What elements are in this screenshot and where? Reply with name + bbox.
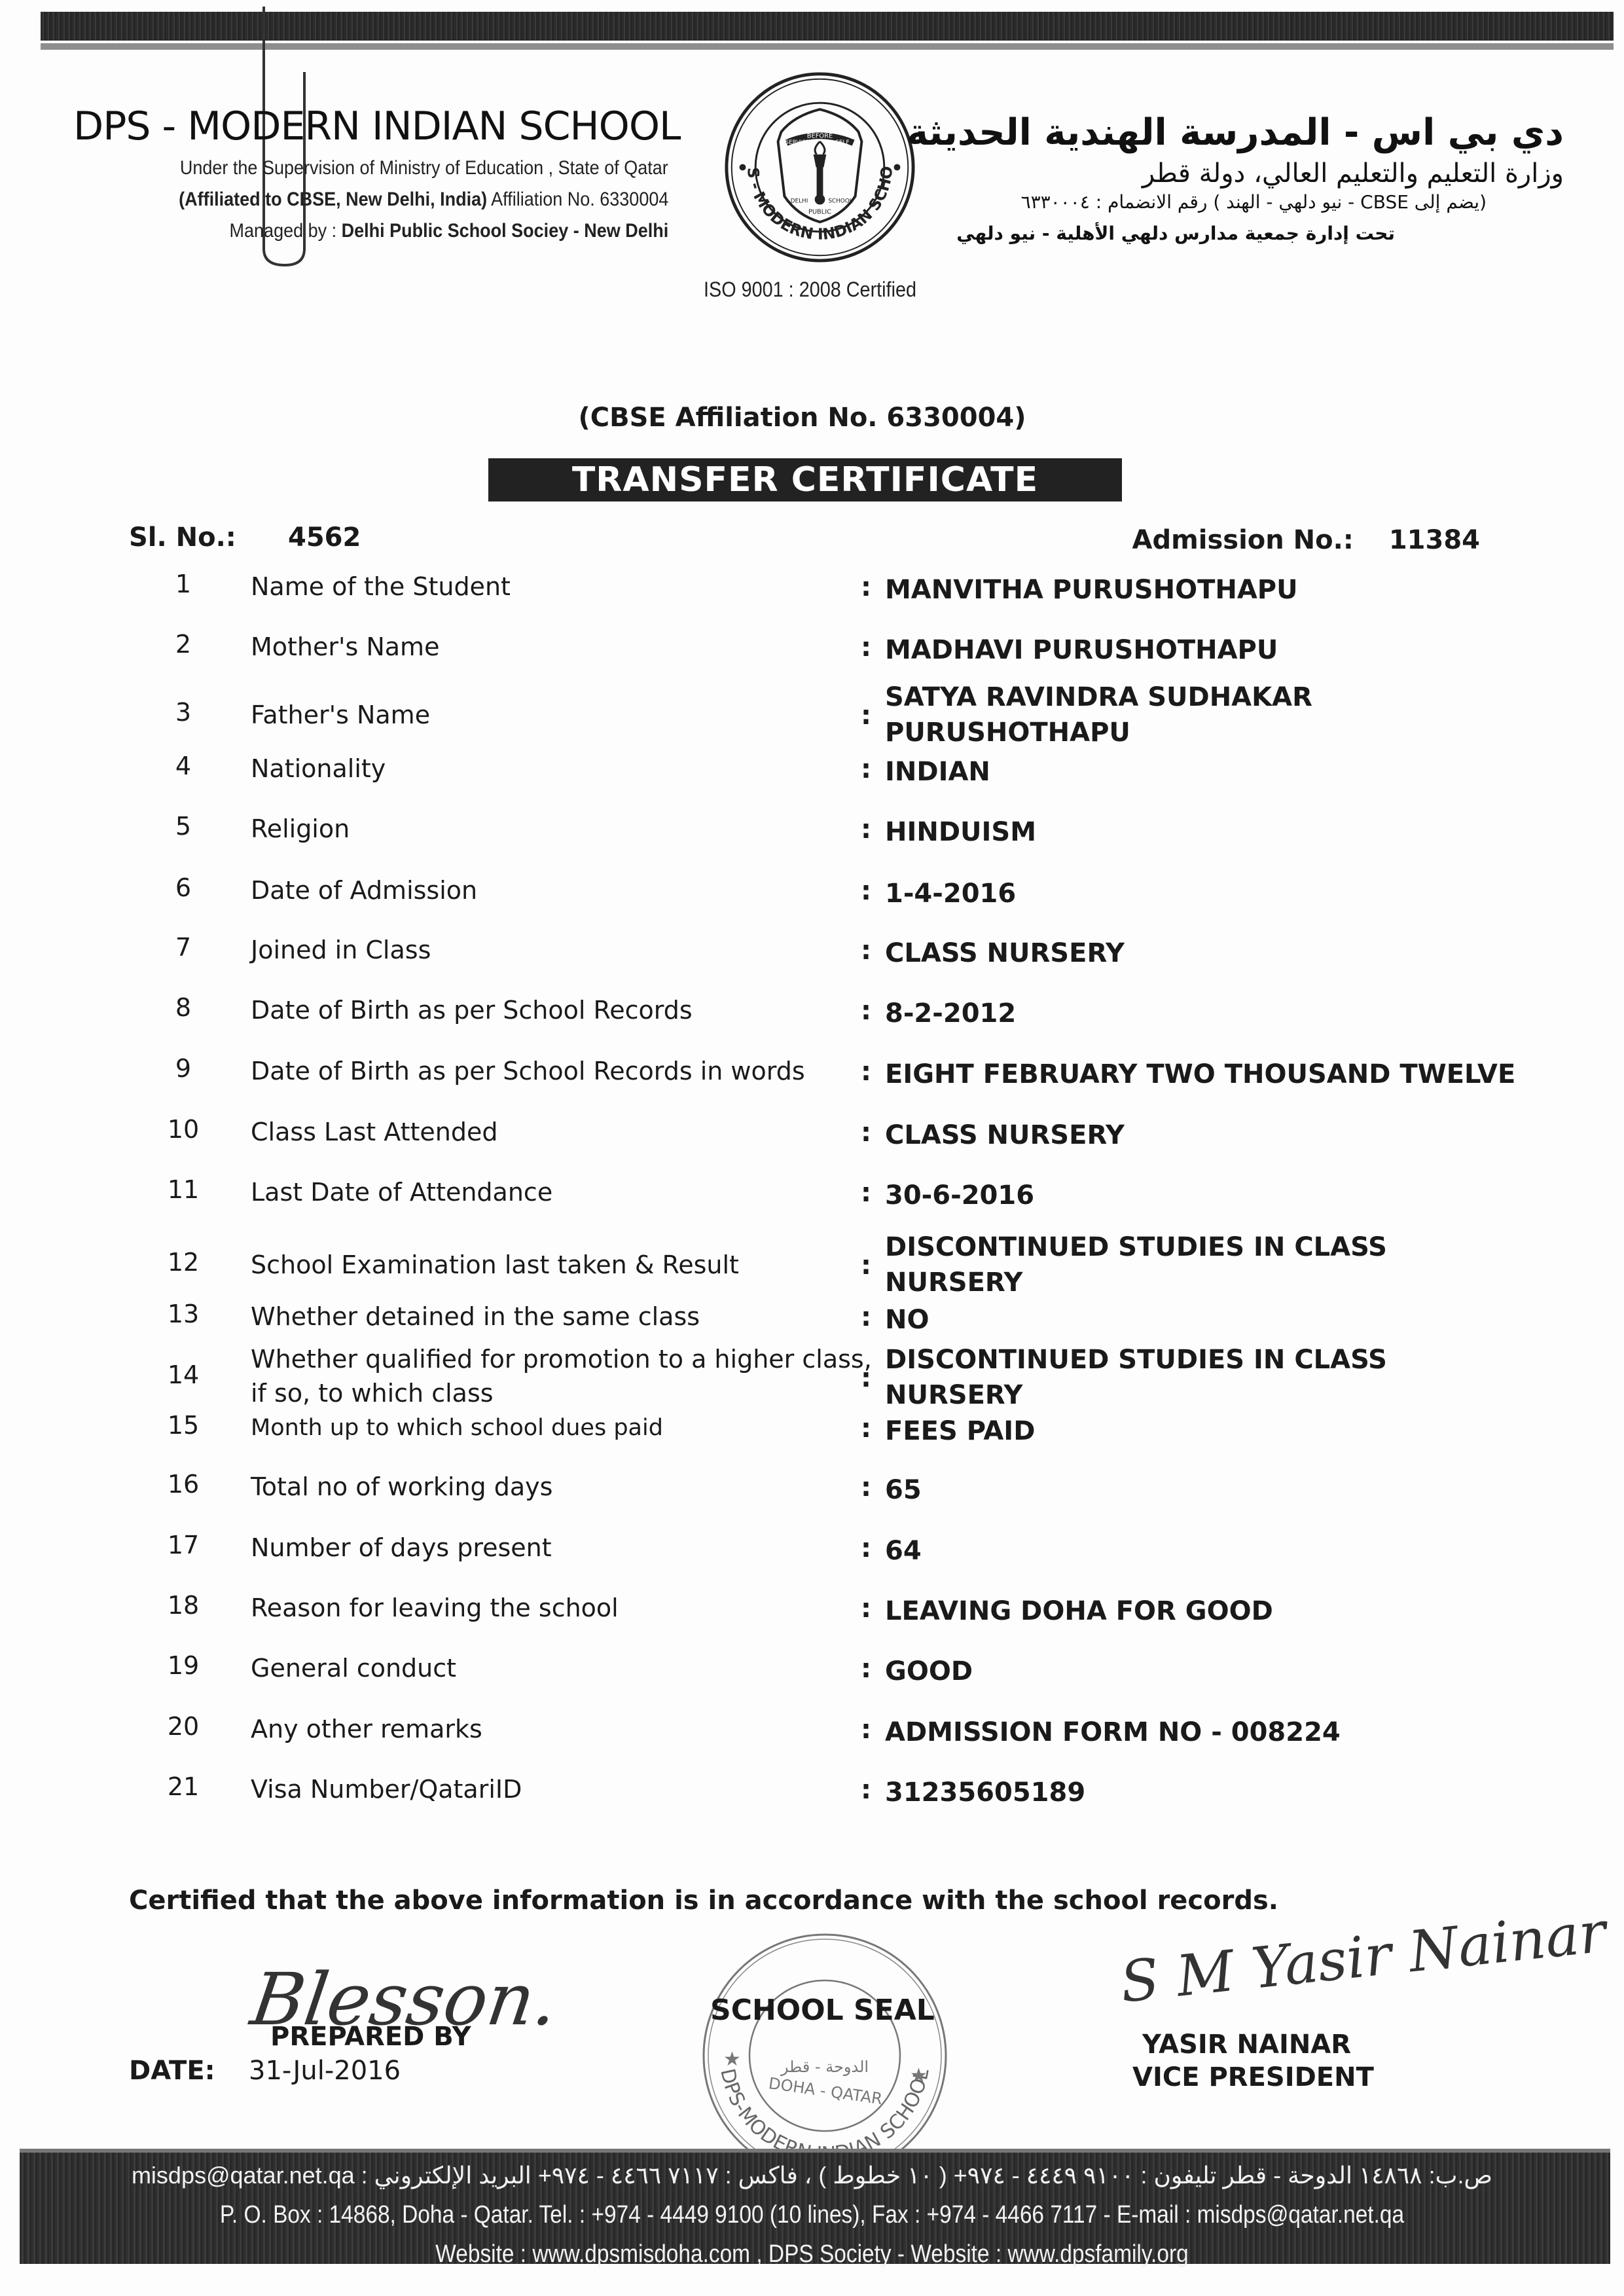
- field-separator: :: [861, 754, 871, 784]
- field-separator: :: [861, 1302, 871, 1332]
- field-value: GOOD: [885, 1654, 973, 1689]
- field-separator: :: [861, 1715, 871, 1745]
- field-separator: :: [861, 1118, 871, 1148]
- vice-president-name: YASIR NAINAR: [1142, 2030, 1351, 2060]
- field-number: 7: [157, 933, 209, 962]
- svg-text:الدوحة - قطر: الدوحة - قطر: [780, 2058, 869, 2076]
- field-separator: :: [861, 632, 871, 663]
- admission-number-field: Admission No.:11384: [1132, 525, 1480, 555]
- field-number: 13: [157, 1300, 209, 1328]
- field-number: 10: [157, 1115, 209, 1144]
- field-value: HINDUISM: [885, 814, 1036, 850]
- school-emblem-icon: DPS - MODERN INDIAN SCHOOL BEFORE SERVIC…: [723, 71, 916, 264]
- footer-arabic-contact: ص.ب: ١٤٨٦٨ الدوحة - قطر تليفون : ٩١٠٠ ٤٤…: [0, 2162, 1624, 2189]
- vice-president-title: VICE PRESIDENT: [1132, 2062, 1374, 2092]
- field-value: INDIAN: [885, 754, 990, 790]
- field-number: 8: [157, 993, 209, 1022]
- field-number: 17: [157, 1531, 209, 1559]
- admission-number: 11384: [1389, 525, 1480, 555]
- footer-address: P. O. Box : 14868, Doha - Qatar. Tel. : …: [98, 2201, 1526, 2229]
- field-number: 4: [157, 752, 209, 780]
- serial-number-label: Sl. No.:: [129, 522, 236, 553]
- issue-date: 31-Jul-2016: [249, 2056, 401, 2086]
- field-separator: :: [861, 1472, 871, 1503]
- field-label: Number of days present: [251, 1531, 552, 1565]
- field-separator: :: [861, 1413, 871, 1444]
- field-separator: :: [861, 1363, 871, 1393]
- field-label: Date of Birth as per School Records in w…: [251, 1054, 805, 1088]
- field-value: DISCONTINUED STUDIES IN CLASS NURSERY: [885, 1230, 1387, 1300]
- field-label: Name of the Student: [251, 570, 511, 604]
- school-seal-icon: DPS-MODERN INDIAN SCHOOL ★ ★ الدوحة - قط…: [694, 1925, 956, 2187]
- field-value: 30-6-2016: [885, 1178, 1034, 1213]
- school-name: DPS - MODERN INDIAN SCHOOL: [73, 103, 680, 149]
- field-label: Joined in Class: [251, 933, 431, 967]
- field-value: 8-2-2012: [885, 996, 1016, 1031]
- field-value: SATYA RAVINDRA SUDHAKAR PURUSHOTHAPU: [885, 680, 1312, 750]
- field-separator: :: [861, 1057, 871, 1087]
- field-number: 11: [157, 1175, 209, 1204]
- field-separator: :: [861, 1250, 871, 1281]
- field-label: Last Date of Attendance: [251, 1175, 552, 1209]
- field-number: 6: [157, 873, 209, 902]
- arabic-school-name: دي بي اس - المدرسة الهندية الحديثة: [907, 111, 1564, 154]
- field-value: CLASS NURSERY: [885, 936, 1125, 971]
- arabic-affiliation: (يضم إلى CBSE - نيو دلهي - الهند ) رقم ا…: [1021, 191, 1487, 213]
- svg-text:BEFORE: BEFORE: [807, 132, 833, 139]
- field-label: Visa Number/QatariID: [251, 1772, 522, 1806]
- field-number: 12: [157, 1248, 209, 1277]
- svg-text:SCHOOL: SCHOOL: [828, 198, 852, 205]
- field-value: MADHAVI PURUSHOTHAPU: [885, 632, 1278, 668]
- certified-statement: Certified that the above information is …: [129, 1886, 1278, 1916]
- svg-text:DELHI: DELHI: [791, 198, 808, 205]
- field-number: 18: [157, 1591, 209, 1620]
- field-separator: :: [861, 936, 871, 966]
- field-label: Whether qualified for promotion to a hig…: [251, 1342, 872, 1410]
- field-number: 21: [157, 1772, 209, 1801]
- affiliation-number: Affiliation No. 6330004: [487, 189, 668, 210]
- managed-prefix: Managed by :: [229, 220, 341, 242]
- field-value: CLASS NURSERY: [885, 1118, 1125, 1153]
- managed-by: Delhi Public School Sociey - New Delhi: [341, 220, 668, 242]
- field-value: LEAVING DOHA FOR GOOD: [885, 1594, 1273, 1629]
- svg-text:PUBLIC: PUBLIC: [808, 208, 831, 215]
- field-number: 14: [157, 1360, 209, 1389]
- field-separator: :: [861, 814, 871, 845]
- field-number: 2: [157, 630, 209, 659]
- field-label: Date of Admission: [251, 873, 477, 907]
- managed-line: Managed by : Delhi Public School Sociey …: [229, 220, 668, 242]
- field-value: DISCONTINUED STUDIES IN CLASS NURSERY: [885, 1342, 1387, 1413]
- field-label: General conduct: [251, 1651, 456, 1685]
- field-number: 9: [157, 1054, 209, 1083]
- field-separator: :: [861, 1533, 871, 1563]
- field-separator: :: [861, 996, 871, 1026]
- field-label: Class Last Attended: [251, 1115, 498, 1149]
- field-number: 16: [157, 1470, 209, 1499]
- field-label: Religion: [251, 812, 350, 846]
- svg-text:SELF: SELF: [835, 139, 849, 146]
- field-value: 1-4-2016: [885, 876, 1016, 911]
- svg-text:★: ★: [723, 2048, 741, 2071]
- field-number: 1: [157, 570, 209, 598]
- field-label: Reason for leaving the school: [251, 1591, 619, 1625]
- field-label: Father's Name: [251, 698, 430, 732]
- field-separator: :: [861, 1178, 871, 1208]
- field-separator: :: [861, 876, 871, 906]
- field-separator: :: [861, 1775, 871, 1805]
- svg-text:SERVICE: SERVICE: [785, 139, 810, 146]
- field-value: EIGHT FEBRUARY TWO THOUSAND TWELVE: [885, 1057, 1515, 1092]
- field-value: NO: [885, 1302, 929, 1338]
- field-label: School Examination last taken & Result: [251, 1248, 739, 1282]
- cbse-affiliation: (CBSE Affiliation No. 6330004): [0, 403, 1624, 433]
- field-number: 20: [157, 1712, 209, 1741]
- field-value: 64: [885, 1533, 922, 1569]
- field-number: 3: [157, 698, 209, 727]
- school-seal-label: SCHOOL SEAL: [710, 1994, 935, 2027]
- field-label: Nationality: [251, 752, 386, 786]
- footer-websites: Website : www.dpsmisdoha.com , DPS Socie…: [98, 2240, 1526, 2269]
- iso-certification: ISO 9001 : 2008 Certified: [704, 278, 916, 302]
- field-value: 65: [885, 1472, 922, 1508]
- field-label: Whether detained in the same class: [251, 1300, 700, 1334]
- vice-president-signature: S M Yasir Nainar: [1117, 1899, 1609, 2015]
- arabic-ministry: وزارة التعليم والتعليم العالي، دولة قطر: [1142, 158, 1564, 189]
- svg-text:DOHA - QATAR: DOHA - QATAR: [767, 2074, 883, 2108]
- field-number: 5: [157, 812, 209, 841]
- certificate-title: TRANSFER CERTIFICATE: [488, 458, 1122, 501]
- affiliated-text: (Affiliated to CBSE, New Delhi, India): [179, 189, 487, 210]
- field-separator: :: [861, 701, 871, 731]
- field-number: 15: [157, 1411, 209, 1440]
- field-label: Any other remarks: [251, 1712, 482, 1746]
- field-value: ADMISSION FORM NO - 008224: [885, 1715, 1341, 1750]
- field-value: MANVITHA PURUSHOTHAPU: [885, 572, 1298, 608]
- date-label: DATE:: [129, 2056, 215, 2086]
- field-label: Total no of working days: [251, 1470, 552, 1504]
- field-value: 31235605189: [885, 1775, 1085, 1810]
- field-separator: :: [861, 1594, 871, 1624]
- arabic-managed-by: تحت إدارة جمعية مدارس دلهي الأهلية - نيو…: [956, 223, 1395, 244]
- field-number: 19: [157, 1651, 209, 1680]
- admission-number-label: Admission No.:: [1132, 525, 1353, 555]
- field-label: Date of Birth as per School Records: [251, 993, 693, 1027]
- field-label: Month up to which school dues paid: [251, 1411, 663, 1445]
- svg-text:★: ★: [910, 2064, 928, 2087]
- field-label: Mother's Name: [251, 630, 439, 664]
- affiliation-line: (Affiliated to CBSE, New Delhi, India) A…: [179, 189, 668, 211]
- prepared-by-label: PREPARED BY: [270, 2022, 471, 2052]
- supervision-line: Under the Supervision of Ministry of Edu…: [180, 157, 668, 179]
- serial-number: 4562: [288, 522, 361, 553]
- field-value: FEES PAID: [885, 1413, 1035, 1449]
- field-separator: :: [861, 572, 871, 602]
- field-separator: :: [861, 1654, 871, 1684]
